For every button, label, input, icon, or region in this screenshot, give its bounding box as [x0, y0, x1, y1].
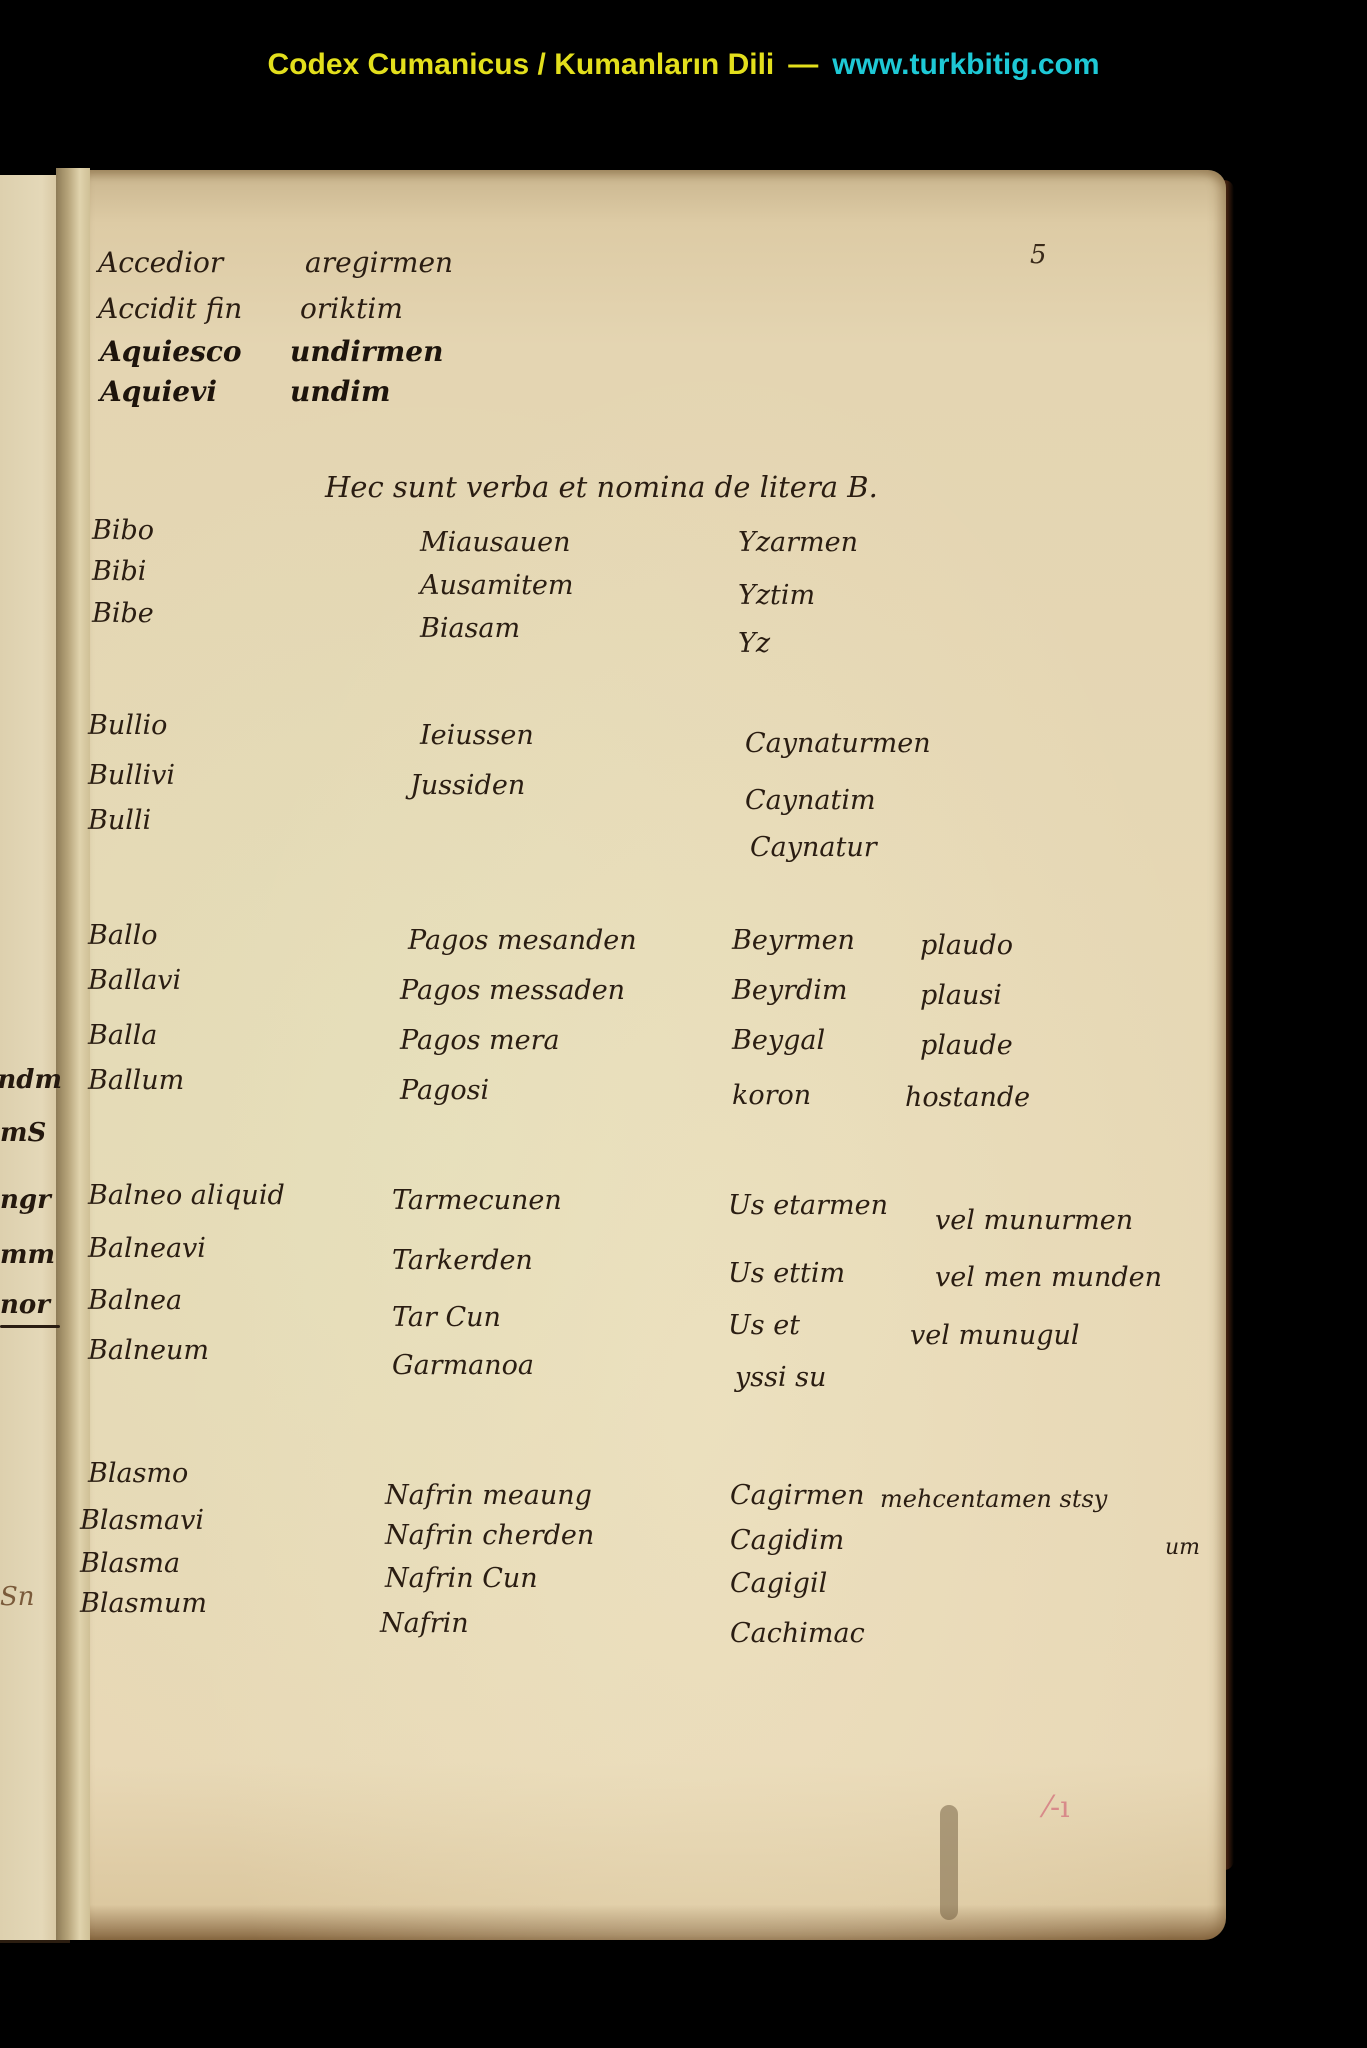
entry-persian: Biasam — [420, 613, 520, 644]
entry-latin-gloss: vel munurmen — [935, 1205, 1133, 1236]
entry-latin: Bibe — [92, 598, 154, 629]
entry-cuman: Caynaturmen — [745, 728, 931, 759]
entry-latin: Balneo aliquid — [88, 1180, 285, 1211]
top-entry-cuman: aregirmen — [305, 246, 453, 279]
entry-persian: Nafrin — [380, 1608, 469, 1639]
banner: Codex Cumanicus / Kumanların Dili—www.tu… — [0, 48, 1367, 82]
margin-fragment: nor — [0, 1290, 62, 1320]
entry-cuman: koron — [732, 1080, 811, 1111]
entry-latin-gloss: vel munugul — [910, 1320, 1080, 1351]
page-number: 5 — [1030, 240, 1047, 270]
entry-cuman: Us etarmen — [728, 1190, 888, 1221]
margin-fragment: ngr — [0, 1185, 62, 1215]
entry-latin: Blasmo — [88, 1458, 188, 1489]
entry-cuman: Beyrmen — [732, 925, 855, 956]
top-entry-latin: Accidit fin — [98, 292, 242, 325]
entry-latin: Blasma — [80, 1548, 180, 1579]
entry-cuman: Cagigil — [730, 1568, 827, 1599]
entry-cuman: Yztim — [738, 580, 815, 611]
entry-cuman: Cagidim — [730, 1525, 844, 1556]
entry-cuman: yssi su — [735, 1362, 826, 1393]
top-entry-cuman: oriktim — [300, 292, 403, 325]
entry-cuman: Beygal — [732, 1025, 825, 1056]
entry-latin: Balneum — [88, 1335, 209, 1366]
entry-cuman: Caynatur — [750, 832, 877, 863]
entry-persian: Ausamitem — [420, 570, 574, 601]
margin-fragment: ndm — [0, 1065, 62, 1095]
manuscript-page — [86, 170, 1226, 1940]
entry-cuman: Us ettim — [728, 1258, 845, 1289]
entry-cuman: Beyrdim — [732, 975, 848, 1006]
entry-latin-gloss: plausi — [920, 980, 1002, 1011]
entry-persian: Pagos messaden — [400, 975, 625, 1006]
entry-persian: Nafrin cherden — [385, 1520, 594, 1551]
entry-persian: Tarmecunen — [392, 1185, 562, 1216]
banner-website-link[interactable]: www.turkbitig.com — [832, 48, 1099, 81]
entry-latin: Balneavi — [88, 1233, 206, 1264]
entry-persian: Tarkerden — [392, 1245, 533, 1276]
entry-persian: Jussiden — [410, 770, 525, 801]
entry-cuman: Caynatim — [745, 785, 876, 816]
entry-persian: Nafrin Cun — [385, 1563, 538, 1594]
entry-persian: Miausauen — [420, 527, 570, 558]
entry-latin: Bulli — [88, 805, 151, 836]
section-heading: Hec sunt verba et nomina de litera B. — [325, 470, 878, 504]
entry-persian: Nafrin meaung — [385, 1480, 592, 1511]
margin-fragment: mm — [0, 1240, 62, 1270]
entry-cuman: Us et — [728, 1310, 800, 1341]
entry-cuman: Cagirmen — [730, 1480, 865, 1511]
entry-cuman: Yzarmen — [738, 527, 858, 558]
entry-persian: Pagos mera — [400, 1025, 560, 1056]
entry-latin: Bullio — [88, 710, 167, 741]
entry-latin: Blasmavi — [80, 1505, 204, 1536]
entry-latin-gloss: mehcentamen stsy — [880, 1485, 1107, 1513]
entry-cuman: Cachimac — [730, 1618, 865, 1649]
entry-cuman: Yz — [738, 628, 770, 659]
entry-latin-gloss: vel men munden — [935, 1262, 1162, 1293]
entry-persian: Pagosi — [400, 1075, 489, 1106]
entry-latin: Ballo — [88, 920, 157, 951]
entry-latin: Balla — [88, 1020, 157, 1051]
top-entry-latin: Aquievi — [100, 375, 217, 408]
entry-latin-gloss: plaude — [920, 1030, 1013, 1061]
entry-latin: Bibo — [92, 515, 154, 546]
entry-latin: Ballum — [88, 1065, 184, 1096]
entry-latin: Blasmum — [80, 1588, 207, 1619]
entry-latin-gloss: um — [1165, 1535, 1200, 1560]
top-entry-cuman: undirmen — [290, 335, 443, 368]
book-gutter — [56, 168, 90, 1940]
entry-latin: Bullivi — [88, 760, 175, 791]
entry-latin: Balnea — [88, 1285, 182, 1316]
top-entry-cuman: undim — [290, 375, 391, 408]
entry-latin-gloss: hostande — [905, 1082, 1030, 1113]
entry-persian: Ieiussen — [420, 720, 534, 751]
entry-persian: Garmanoa — [392, 1350, 534, 1381]
entry-latin: Ballavi — [88, 965, 181, 996]
top-entry-latin: Aquiesco — [100, 335, 242, 368]
banner-title: Codex Cumanicus / Kumanların Dili — [268, 48, 775, 81]
margin-fragment: Sn — [0, 1582, 62, 1612]
margin-fragment: mS — [0, 1118, 62, 1148]
entry-latin: Bibi — [92, 556, 146, 587]
margin-underline — [0, 1325, 60, 1328]
entry-persian: Tar Cun — [392, 1302, 501, 1333]
banner-separator: — — [788, 48, 818, 81]
top-entry-latin: Accedior — [98, 246, 223, 279]
red-pencil-note: ⁄-ı — [1045, 1790, 1070, 1825]
entry-latin-gloss: plaudo — [920, 930, 1013, 961]
ink-stain — [940, 1805, 958, 1920]
entry-persian: Pagos mesanden — [408, 925, 637, 956]
